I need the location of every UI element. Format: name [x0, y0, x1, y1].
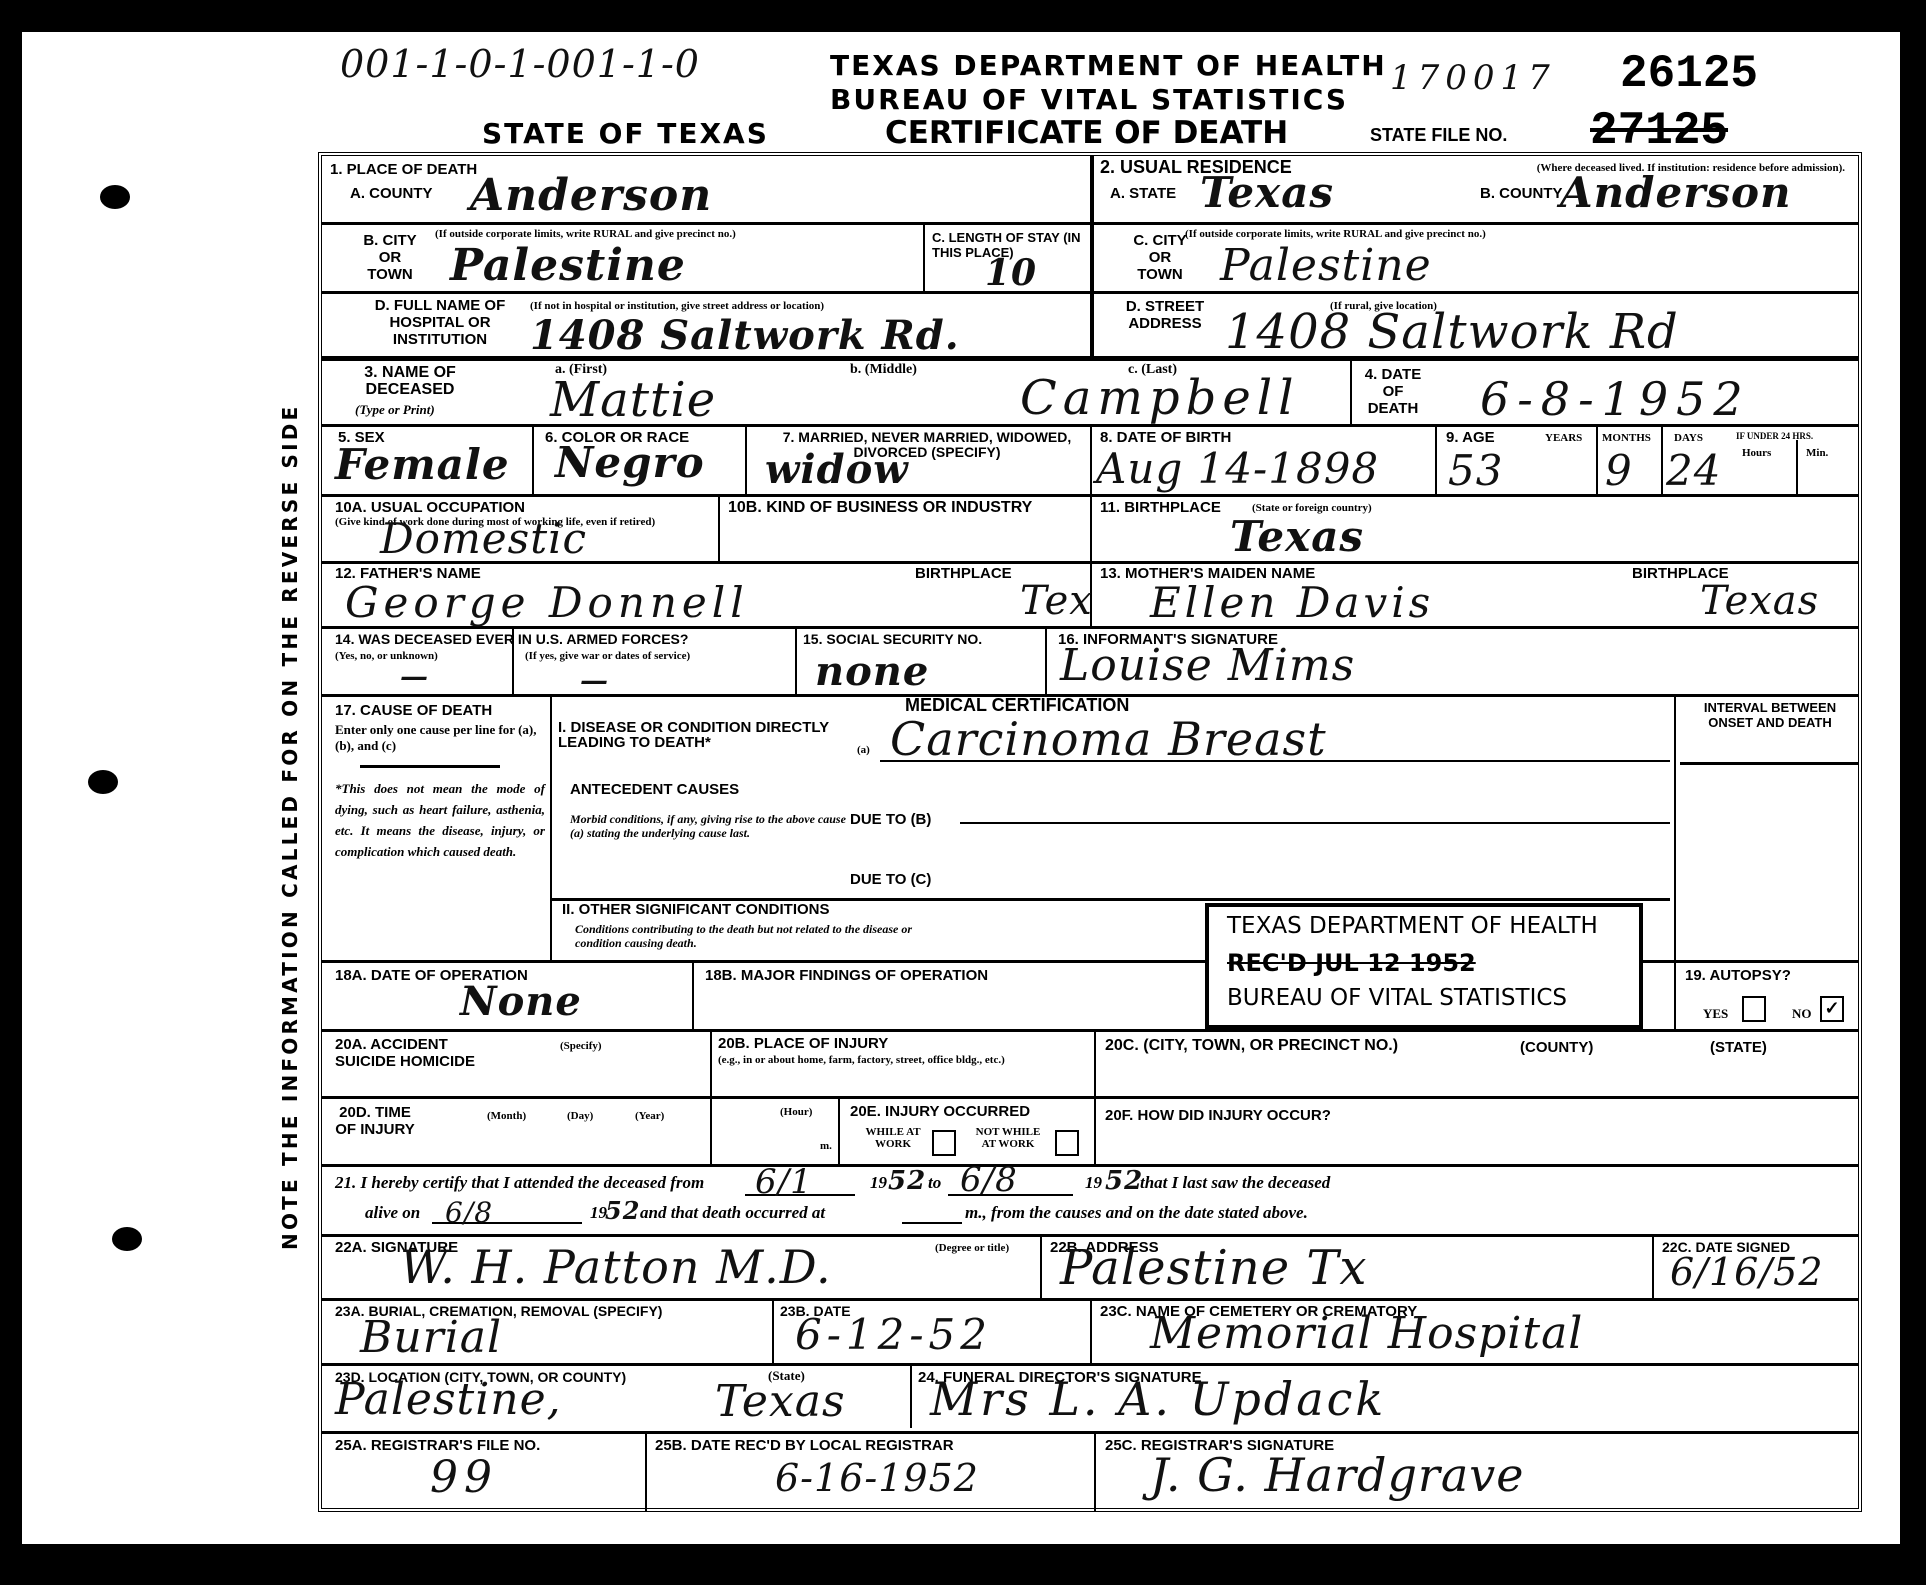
cert-from-year: 52 — [888, 1166, 926, 1196]
state-file-no-current: 26125 — [1620, 48, 1758, 100]
accident-specify-label: (Specify) — [560, 1040, 602, 1052]
while-at-work-label: WHILE AT WORK — [858, 1126, 928, 1150]
hole-punch-bottom — [112, 1227, 142, 1251]
place-of-death-label: 1. PLACE OF DEATH — [330, 162, 477, 177]
pod-city-note: (If outside corporate limits, write RURA… — [435, 228, 915, 240]
autopsy-yes-label: YES — [1703, 1008, 1728, 1020]
state-label: STATE OF TEXAS — [482, 120, 769, 148]
sex-value: Female — [335, 440, 510, 489]
father-value: George Donnell — [345, 578, 749, 627]
autopsy-label: 19. AUTOPSY? — [1685, 968, 1791, 983]
pod-hospital-label: d. FULL NAME OF HOSPITAL OR INSTITUTION — [355, 297, 525, 348]
occupation-label: 10a. USUAL OCCUPATION — [335, 500, 525, 515]
age-label: 9. AGE — [1446, 430, 1495, 445]
middle-name-label: b. (Middle) — [850, 364, 917, 376]
father-birthplace-value: Tex — [1020, 578, 1093, 624]
armed-forces-value2: — — [580, 664, 609, 697]
injury-occurred-label: 20e. INJURY OCCURRED — [850, 1104, 1030, 1119]
ur-county-label: b. COUNTY — [1480, 186, 1563, 201]
location-value: Palestine, — [335, 1374, 562, 1425]
due-to-b-label: DUE TO (b) — [850, 812, 931, 827]
injury-hour-label: (Hour) — [780, 1106, 812, 1118]
armed-forces-sub2: (If yes, give war or dates of service) — [525, 650, 690, 662]
pod-hospital-value: 1408 Saltwork Rd. — [530, 312, 960, 359]
cert-from-year-prefix: 19 — [870, 1175, 887, 1191]
cause-footnote: *This does not mean the mode of dying, s… — [335, 778, 545, 862]
ur-state-value: Texas — [1200, 168, 1334, 217]
burial-date-value: 6-12-52 — [795, 1310, 992, 1359]
disease-a-label: (a) — [857, 744, 870, 756]
ur-street-label: d. STREET ADDRESS — [1110, 298, 1220, 332]
informant-value: Louise Mims — [1060, 640, 1355, 691]
cert-text-4: m., from the causes and on the date stat… — [965, 1205, 1308, 1221]
date-recd-value: 6-16-1952 — [775, 1456, 979, 1500]
degree-label: (Degree or title) — [935, 1242, 1009, 1254]
certificate-title: CERTIFICATE OF DEATH — [885, 118, 1288, 149]
state-file-label: STATE FILE NO. — [1370, 128, 1507, 143]
cert-from-value: 6/1 — [755, 1162, 813, 1202]
morbid-note: Morbid conditions, if any, giving rise t… — [570, 812, 850, 840]
registrar-file-value: 99 — [430, 1452, 498, 1503]
hole-punch-middle — [88, 770, 118, 794]
stamp-line2: REC'D JUL 12 1952 — [1227, 951, 1476, 975]
dob-label: 8. DATE OF BIRTH — [1100, 430, 1231, 445]
stamp-line3: BUREAU OF VITAL STATISTICS — [1227, 987, 1567, 1010]
birthplace-label: 11. BIRTHPLACE — [1100, 500, 1221, 515]
physician-address-value: Palestine Tx — [1060, 1240, 1367, 1296]
race-value: Negro — [555, 438, 705, 487]
months-value: 9 — [1605, 446, 1633, 495]
years-value: 53 — [1448, 446, 1503, 495]
cert-text-1: 21. I hereby certify that I attended the… — [335, 1175, 704, 1191]
state-file-no-crossed: 27125 — [1590, 105, 1728, 157]
cert-to-label: to — [928, 1175, 941, 1191]
deceased-name-sub: (Type or Print) — [355, 402, 435, 418]
operation-findings-label: 18b. MAJOR FINDINGS OF OPERATION — [705, 968, 988, 983]
registrar-file-label: 25a. REGISTRAR'S FILE NO. — [335, 1438, 540, 1453]
armed-forces-value1: — — [400, 660, 429, 693]
due-to-c-label: DUE TO (c) — [850, 872, 931, 887]
index-number: 001-1-0-1-001-1-0 — [340, 42, 700, 86]
stamp-line1: TEXAS DEPARTMENT OF HEALTH — [1227, 915, 1598, 938]
injury-state-label: (STATE) — [1710, 1040, 1767, 1055]
pod-city-value: Palestine — [450, 240, 686, 291]
batch-number: 170017 — [1390, 58, 1556, 98]
days-value: 24 — [1666, 446, 1721, 495]
occupation-value: Domestic — [380, 514, 587, 563]
while-at-work-checkbox[interactable] — [932, 1130, 956, 1156]
mother-birthplace-value: Texas — [1700, 578, 1819, 624]
disease-label: I. DISEASE OR CONDITION DIRECTLY LEADING… — [558, 720, 858, 750]
months-label: MONTHS — [1602, 432, 1651, 444]
business-label: 10b. KIND OF BUSINESS OR INDUSTRY — [728, 500, 1032, 515]
location-state-value: Texas — [715, 1376, 846, 1427]
not-while-at-work-label: NOT WHILE AT WORK — [968, 1126, 1048, 1150]
cert-to-value: 6/8 — [960, 1160, 1018, 1200]
injury-month-label: (Month) — [487, 1110, 526, 1122]
funeral-director-value: Mrs L. A. Updack — [930, 1372, 1386, 1426]
hole-punch-top — [100, 185, 130, 209]
date-signed-value: 6/16/52 — [1670, 1250, 1824, 1294]
accident-label: 20a. ACCIDENT SUICIDE HOMICIDE — [335, 1036, 475, 1070]
ur-street-value: 1408 Saltwork Rd — [1225, 304, 1679, 360]
date-recd-label: 25b. DATE REC'D BY LOCAL REGISTRAR — [655, 1438, 954, 1453]
injury-place-label: 20b. PLACE OF INJURY — [718, 1036, 888, 1051]
min-label: Min. — [1806, 447, 1828, 459]
pod-hospital-note: (If not in hospital or institution, give… — [530, 300, 824, 312]
pod-stay-value: 10 — [985, 252, 1037, 294]
pod-city-label: b. CITY OR TOWN — [355, 232, 425, 283]
injury-day-label: (Day) — [567, 1110, 593, 1122]
birthplace-value: Texas — [1230, 512, 1364, 561]
injury-place-note: (e.g., in or about home, farm, factory, … — [718, 1054, 1078, 1066]
ssn-label: 15. SOCIAL SECURITY NO. — [803, 632, 982, 647]
mother-value: Ellen Davis — [1150, 578, 1434, 627]
date-of-death-label: 4. DATE OF DEATH — [1358, 366, 1428, 417]
cert-alive-year: 52 — [605, 1196, 640, 1225]
antecedent-label: ANTECEDENT CAUSES — [570, 782, 739, 797]
burial-value: Burial — [360, 1312, 502, 1363]
ur-city-note: (If outside corporate limits, write RURA… — [1185, 228, 1486, 240]
pod-county-value: Anderson — [470, 170, 712, 221]
cert-text-2: that I last saw the deceased — [1140, 1175, 1330, 1191]
deceased-name-label: 3. NAME OF DECEASED — [340, 364, 480, 398]
injury-time-label: 20d. TIME OF INJURY — [335, 1104, 415, 1138]
dept-line1: TEXAS DEPARTMENT OF HEALTH — [830, 52, 1387, 80]
other-conditions-note: Conditions contributing to the death but… — [575, 922, 955, 950]
under-24-label: IF UNDER 24 HRS. — [1736, 430, 1813, 442]
physician-signature-value: W. H. Patton M.D. — [400, 1240, 832, 1294]
dob-value: Aug 14-1898 — [1096, 444, 1379, 493]
cert-to-year: 52 — [1105, 1166, 1143, 1196]
years-label: YEARS — [1545, 432, 1582, 444]
days-label: DAYS — [1674, 432, 1703, 444]
father-birthplace-label: BIRTHPLACE — [915, 566, 1012, 581]
marital-value: widow — [765, 446, 909, 493]
autopsy-yes-checkbox[interactable] — [1742, 996, 1766, 1022]
autopsy-no-label: NO — [1792, 1008, 1812, 1020]
cemetery-value: Memorial Hospital — [1150, 1308, 1583, 1359]
injury-county-label: (COUNTY) — [1520, 1040, 1593, 1055]
ur-city-value: Palestine — [1220, 240, 1432, 291]
date-of-death-value: 6-8-1952 — [1480, 372, 1751, 426]
not-while-at-work-checkbox[interactable] — [1055, 1130, 1079, 1156]
other-conditions-label: II. OTHER SIGNIFICANT CONDITIONS — [562, 902, 830, 917]
autopsy-no-checkbox[interactable]: ✓ — [1820, 996, 1844, 1022]
margin-note: NOTE THE INFORMATION CALLED FOR ON THE R… — [280, 404, 300, 1250]
ur-county-value: Anderson — [1560, 168, 1792, 217]
cause-instructions: Enter only one cause per line for (a), (… — [335, 722, 540, 754]
ssn-value: none — [815, 648, 929, 695]
injury-how-label: 20f. HOW DID INJURY OCCUR? — [1105, 1108, 1331, 1123]
dept-line2: BUREAU OF VITAL STATISTICS — [830, 86, 1348, 114]
received-stamp: TEXAS DEPARTMENT OF HEALTH REC'D JUL 12 … — [1205, 903, 1643, 1029]
cert-alive-label: alive on — [365, 1205, 420, 1221]
injury-m-label: m. — [820, 1140, 832, 1152]
registrar-signature-value: J. G. Hardgrave — [1150, 1448, 1525, 1502]
last-name-value: Campbell — [1020, 370, 1299, 426]
ur-state-label: a. STATE — [1110, 186, 1176, 201]
pod-county-label: a. COUNTY — [350, 186, 433, 201]
interval-label: INTERVAL BETWEEN ONSET AND DEATH — [1690, 700, 1850, 730]
first-name-value: Mattie — [550, 372, 716, 428]
cert-text-3: and that death occurred at — [640, 1205, 825, 1221]
operation-date-value: None — [460, 978, 582, 1025]
cause-of-death-label: 17. CAUSE OF DEATH — [335, 703, 492, 718]
hours-label: Hours — [1742, 447, 1771, 459]
injury-year-label: (Year) — [635, 1110, 664, 1122]
armed-forces-label: 14. WAS DECEASED EVER IN U.S. ARMED FORC… — [335, 632, 688, 647]
medical-cert-heading: MEDICAL CERTIFICATION — [905, 698, 1129, 713]
cert-alive-value: 6/8 — [445, 1196, 493, 1229]
disease-a-value: Carcinoma Breast — [890, 712, 1327, 766]
injury-city-label: 20c. (CITY, TOWN, OR PRECINCT NO.) — [1105, 1038, 1398, 1053]
cert-to-year-prefix: 19 — [1085, 1175, 1102, 1191]
